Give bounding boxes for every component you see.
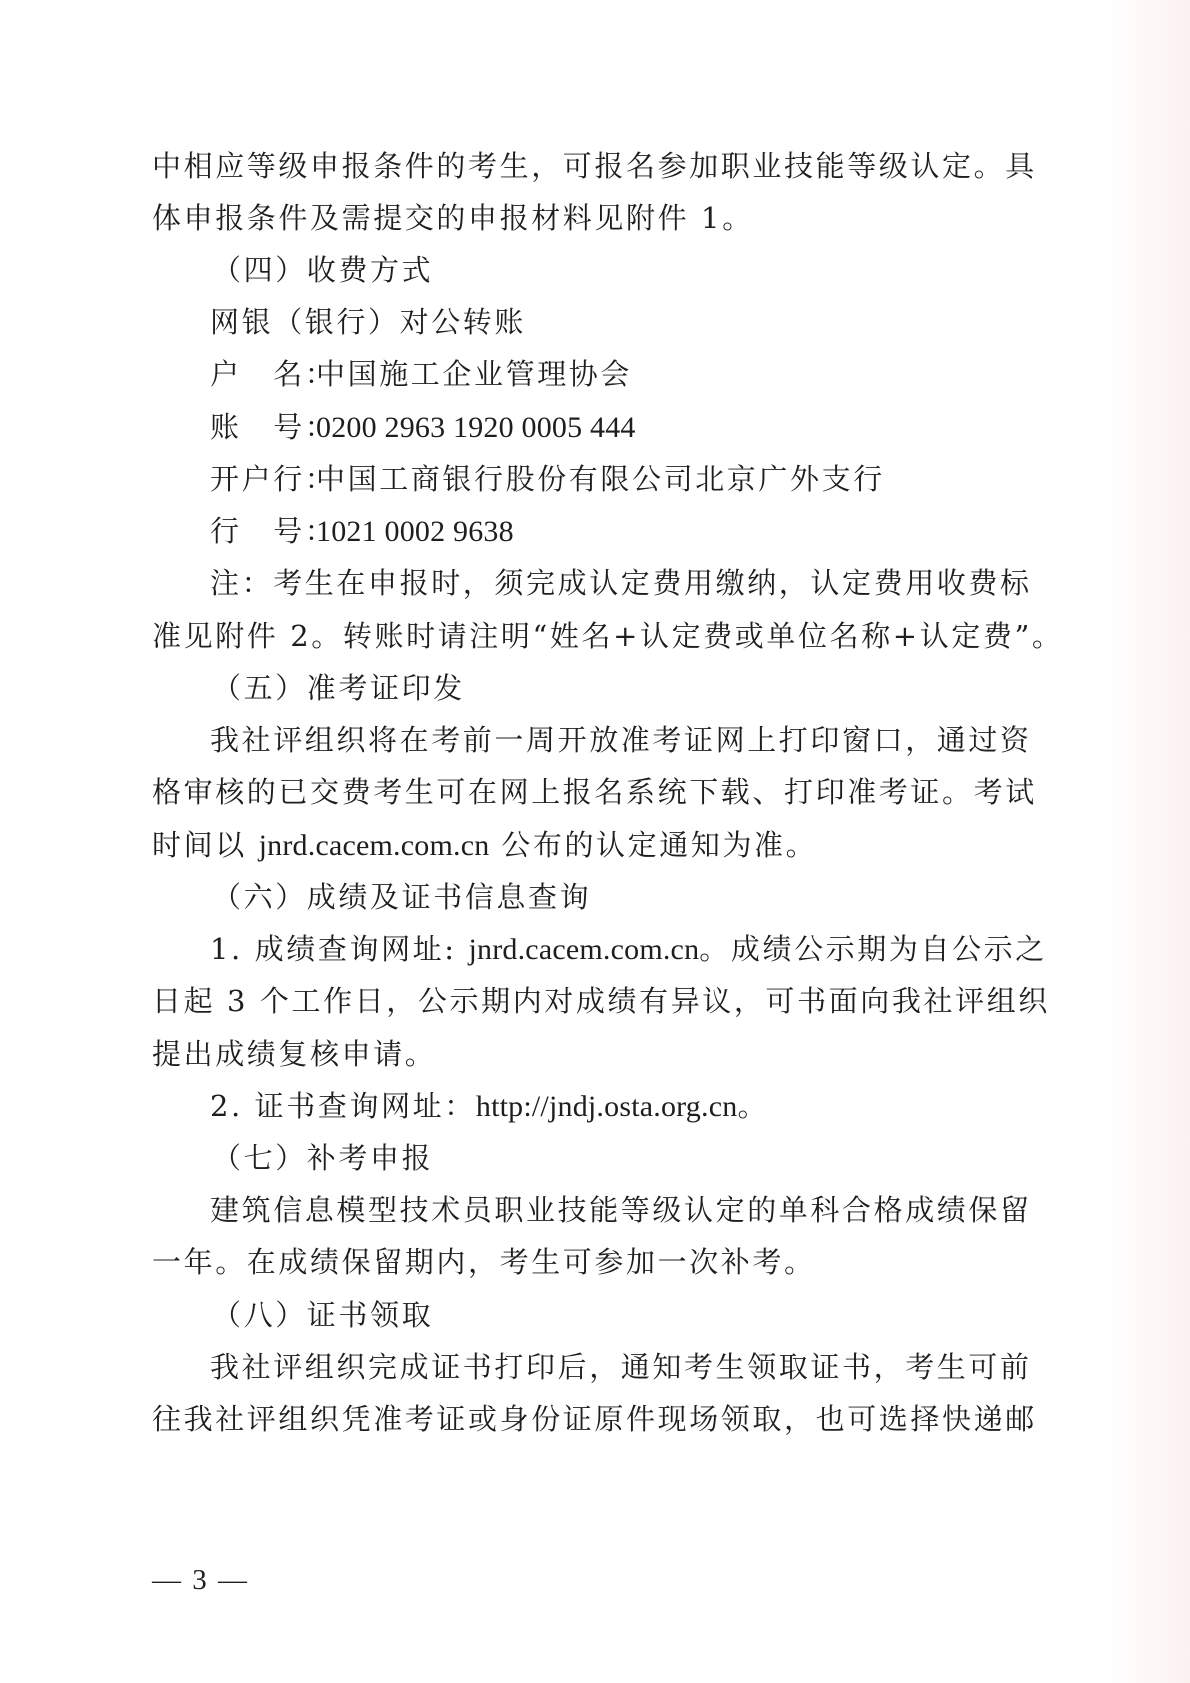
payment-method: 网银（银行）对公转账	[210, 302, 1100, 342]
paragraph-line: 日起 3 个工作日，公示期内对成绩有异议，可书面向我社评组织	[152, 981, 1042, 1021]
paragraph-line: 体申报条件及需提交的申报材料见附件 1。	[152, 198, 1042, 238]
paragraph-line: 往我社评组织凭准考证或身份证原件现场领取，也可选择快递邮	[152, 1399, 1042, 1439]
paragraph-line: 我社评组织将在考前一周开放准考证网上打印窗口，通过资	[210, 720, 1100, 760]
certificate-query-url: http://jndj.osta.org.cn	[476, 1090, 738, 1123]
section-heading-certificate-collection: （八）证书领取	[212, 1295, 1102, 1335]
text-segment: 2. 证书查询网址：	[210, 1089, 476, 1123]
paragraph-line: 格审核的已交费考生可在网上报名系统下载、打印准考证。考试	[152, 772, 1042, 812]
account-number-label: 账 号：	[210, 407, 316, 447]
section-heading-makeup-exam: （七）补考申报	[212, 1138, 1102, 1178]
document-page: 中相应等级申报条件的考生，可报名参加职业技能等级认定。具 体申报条件及需提交的申…	[0, 0, 1190, 1683]
section-heading-score-query: （六）成绩及证书信息查询	[212, 877, 1102, 917]
bank-code-label: 行 号：	[210, 511, 316, 551]
bank-label: 开户行：	[210, 459, 316, 499]
page-number: — 3 —	[152, 1560, 249, 1600]
account-number-value: 0200 2963 1920 0005 444	[316, 411, 636, 444]
paragraph-line: 我社评组织完成证书打印后，通知考生领取证书，考生可前	[210, 1347, 1100, 1387]
section-heading-fee-method: （四）收费方式	[212, 250, 1102, 290]
text-segment: 。	[737, 1089, 769, 1123]
paragraph-line: 时间以 jnrd.cacem.com.cn 公布的认定通知为准。	[152, 825, 1042, 865]
text-segment: 。成绩公示期为自公示之	[699, 932, 1047, 966]
account-number-row: 账 号：0200 2963 1920 0005 444	[210, 407, 1100, 447]
section-heading-admission-ticket: （五）准考证印发	[212, 668, 1102, 708]
bank-value: 中国工商银行股份有限公司北京广外支行	[316, 462, 885, 496]
bank-row: 开户行：中国工商银行股份有限公司北京广外支行	[210, 459, 1100, 499]
paragraph-line: 2. 证书查询网址：http://jndj.osta.org.cn。	[210, 1086, 1100, 1126]
bank-code-value: 1021 0002 9638	[316, 515, 514, 548]
account-name-label: 户 名：	[210, 354, 316, 394]
paragraph-line: 建筑信息模型技术员职业技能等级认定的单科合格成绩保留	[210, 1190, 1100, 1230]
paragraph-line: 1. 成绩查询网址: jnrd.cacem.com.cn。成绩公示期为自公示之	[210, 929, 1100, 969]
text-segment: 1. 成绩查询网址:	[210, 932, 468, 966]
website-url: jnrd.cacem.com.cn	[259, 829, 490, 862]
paragraph-line: 提出成绩复核申请。	[152, 1034, 1042, 1074]
paragraph-line: 中相应等级申报条件的考生，可报名参加职业技能等级认定。具	[152, 146, 1042, 186]
fee-note-line: 注：考生在申报时，须完成认定费用缴纳，认定费用收费标	[210, 563, 1100, 603]
paragraph-line: 一年。在成绩保留期内，考生可参加一次补考。	[152, 1242, 1042, 1282]
account-name-value: 中国施工企业管理协会	[316, 357, 632, 391]
account-name-row: 户 名：中国施工企业管理协会	[210, 354, 1100, 394]
fee-note-line: 准见附件 2。转账时请注明“姓名+认定费或单位名称+认定费”。	[152, 616, 1042, 656]
bank-code-row: 行 号：1021 0002 9638	[210, 511, 1100, 551]
text-segment: 时间以	[152, 828, 259, 862]
score-query-url: jnrd.cacem.com.cn	[468, 933, 699, 966]
text-segment: 公布的认定通知为准。	[489, 828, 817, 862]
